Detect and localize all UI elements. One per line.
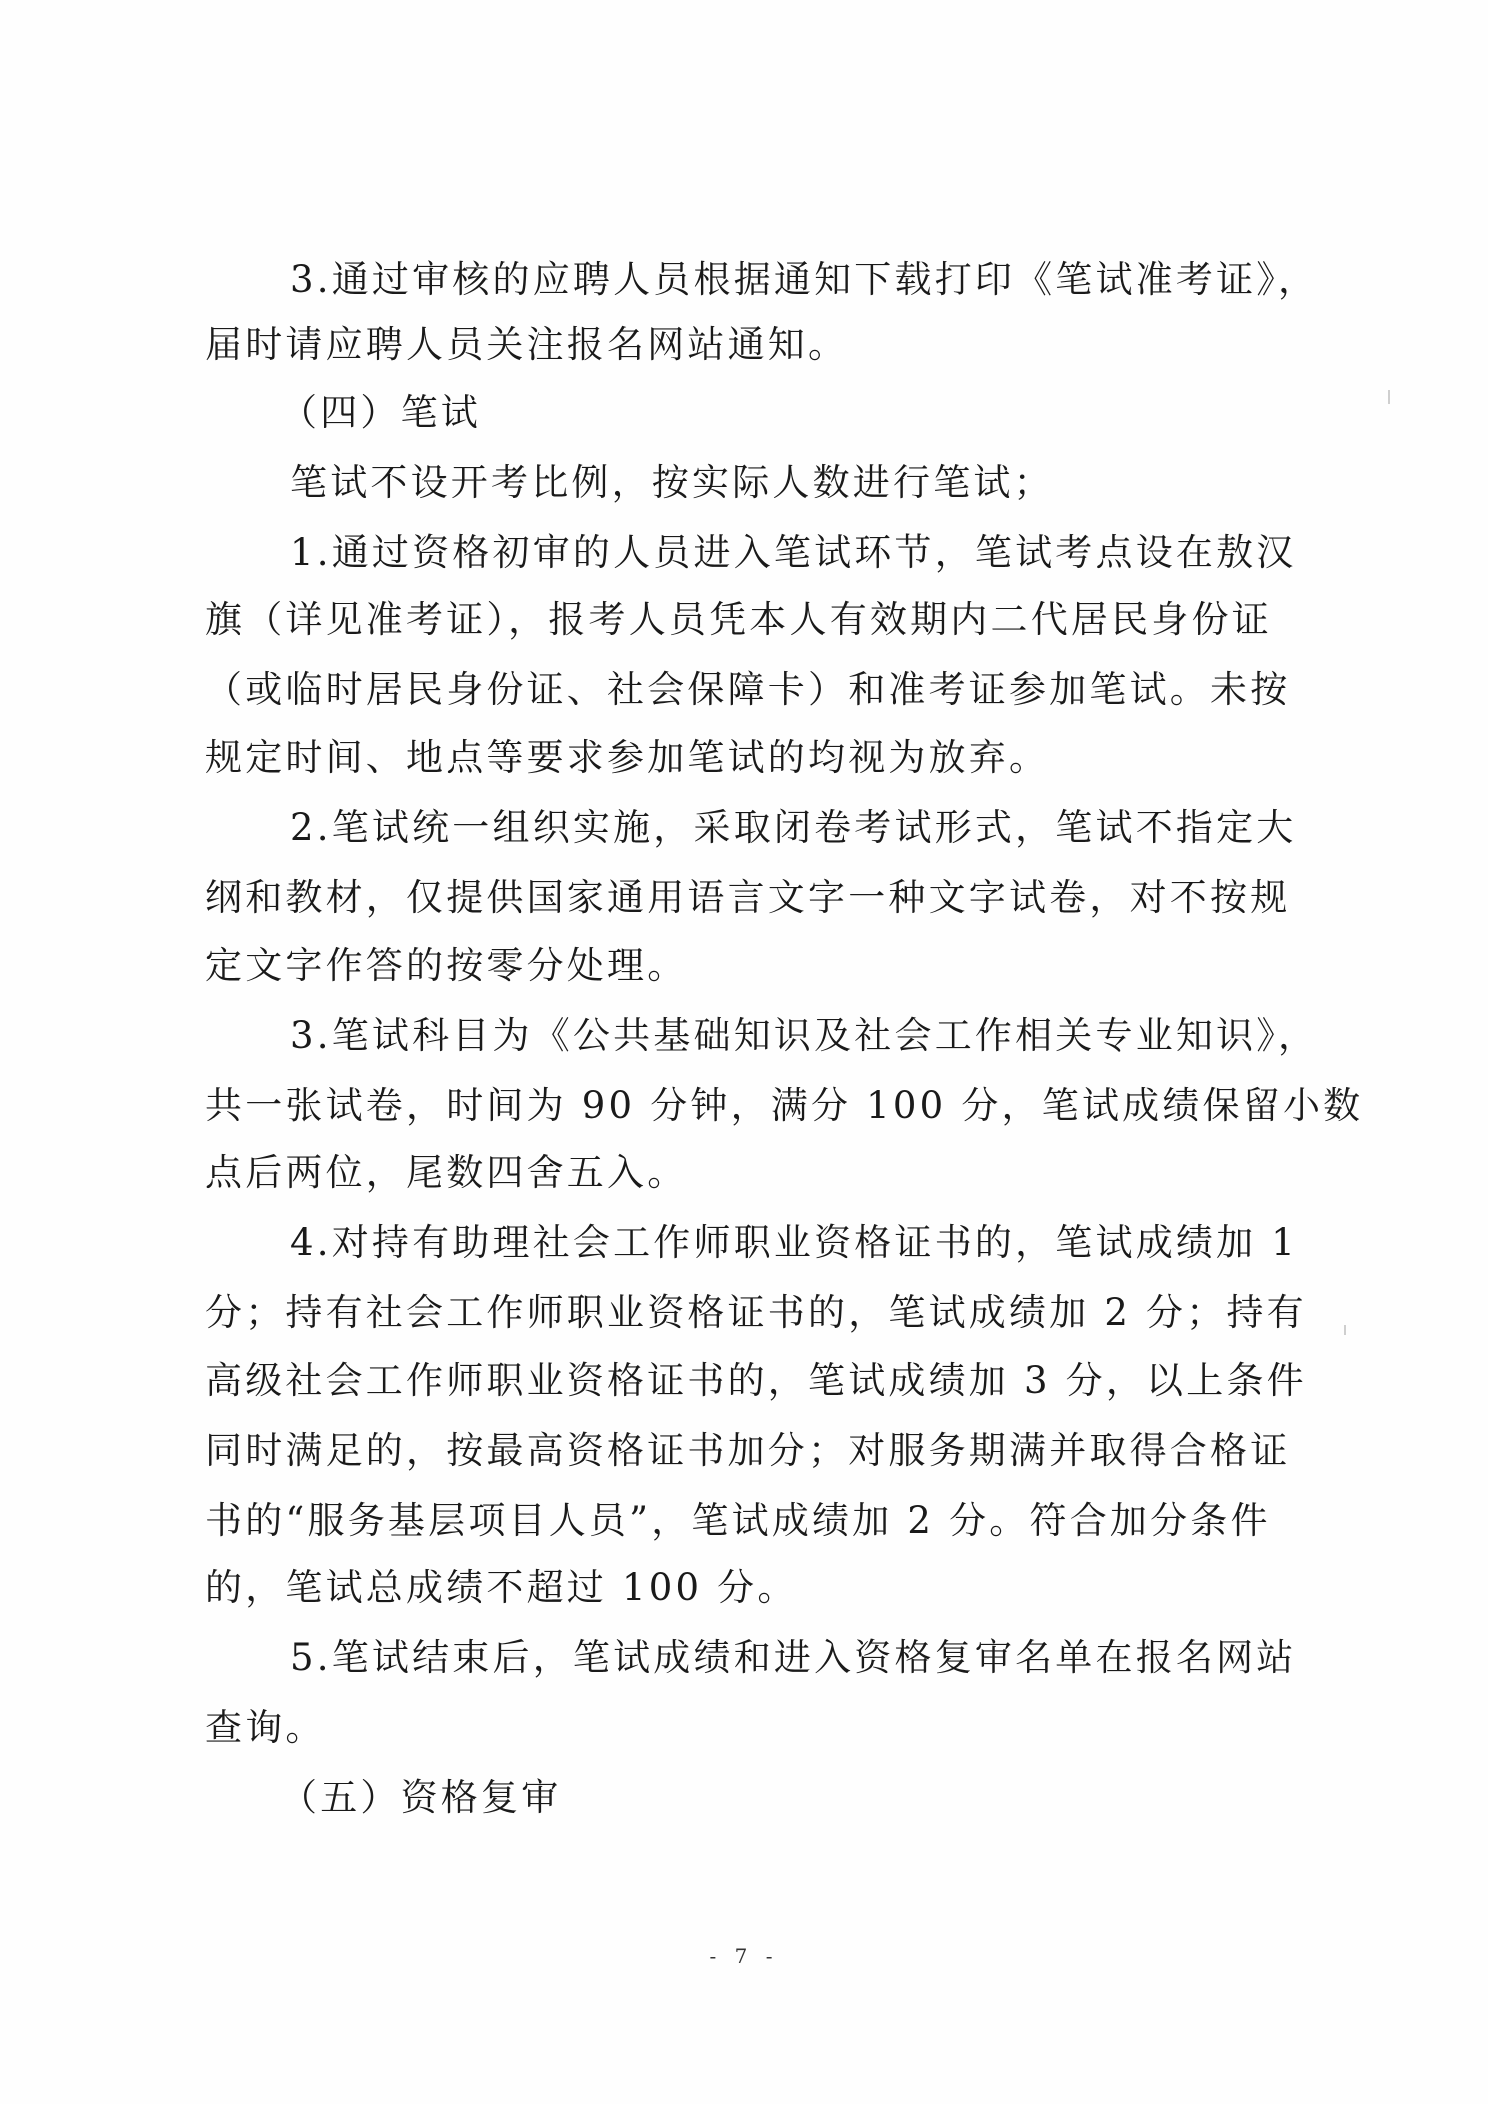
text-line: 旗（详见准考证），报考人员凭本人有效期内二代居民身份证 bbox=[205, 588, 1305, 652]
text-line: 定文字作答的按零分处理。 bbox=[205, 934, 1305, 998]
text-line: 2.笔试统一组织实施，采取闭卷考试形式，笔试不指定大 bbox=[290, 796, 1390, 860]
text-line: 届时请应聘人员关注报名网站通知。 bbox=[205, 313, 1305, 377]
text-line: 的，笔试总成绩不超过 100 分。 bbox=[205, 1556, 1305, 1620]
text-line: 查询。 bbox=[205, 1696, 1305, 1760]
text-line: 点后两位，尾数四舍五入。 bbox=[205, 1141, 1305, 1205]
text-line: 4.对持有助理社会工作师职业资格证书的，笔试成绩加 1 bbox=[290, 1211, 1390, 1275]
section-heading: （五）资格复审 bbox=[280, 1766, 1380, 1830]
scan-artifact bbox=[1388, 390, 1390, 404]
text-line: 同时满足的，按最高资格证书加分；对服务期满并取得合格证 bbox=[205, 1419, 1305, 1483]
text-line: （或临时居民身份证、社会保障卡）和准考证参加笔试。未按 bbox=[205, 658, 1305, 722]
text-line: 笔试不设开考比例，按实际人数进行笔试； bbox=[290, 451, 1390, 515]
text-line: 规定时间、地点等要求参加笔试的均视为放弃。 bbox=[205, 726, 1305, 790]
text-line: 纲和教材，仅提供国家通用语言文字一种文字试卷，对不按规 bbox=[205, 866, 1305, 930]
text-line: 分；持有社会工作师职业资格证书的，笔试成绩加 2 分；持有 bbox=[205, 1281, 1305, 1345]
scan-artifact bbox=[1344, 1325, 1346, 1335]
page-number: - 7 - bbox=[0, 1944, 1488, 1968]
text-line: 书的“服务基层项目人员”，笔试成绩加 2 分。符合加分条件 bbox=[205, 1489, 1305, 1553]
text-line: 高级社会工作师职业资格证书的，笔试成绩加 3 分，以上条件 bbox=[205, 1349, 1305, 1413]
section-heading: （四）笔试 bbox=[280, 381, 1380, 445]
text-line: 5.笔试结束后，笔试成绩和进入资格复审名单在报名网站 bbox=[290, 1626, 1390, 1690]
text-line: 3.通过审核的应聘人员根据通知下载打印《笔试准考证》， bbox=[290, 248, 1390, 312]
text-line: 1.通过资格初审的人员进入笔试环节，笔试考点设在敖汉 bbox=[290, 521, 1390, 585]
document-page: 3.通过审核的应聘人员根据通知下载打印《笔试准考证》，届时请应聘人员关注报名网站… bbox=[0, 0, 1488, 2104]
text-line: 共一张试卷，时间为 90 分钟，满分 100 分，笔试成绩保留小数 bbox=[205, 1074, 1305, 1138]
text-line: 3.笔试科目为《公共基础知识及社会工作相关专业知识》， bbox=[290, 1004, 1390, 1068]
